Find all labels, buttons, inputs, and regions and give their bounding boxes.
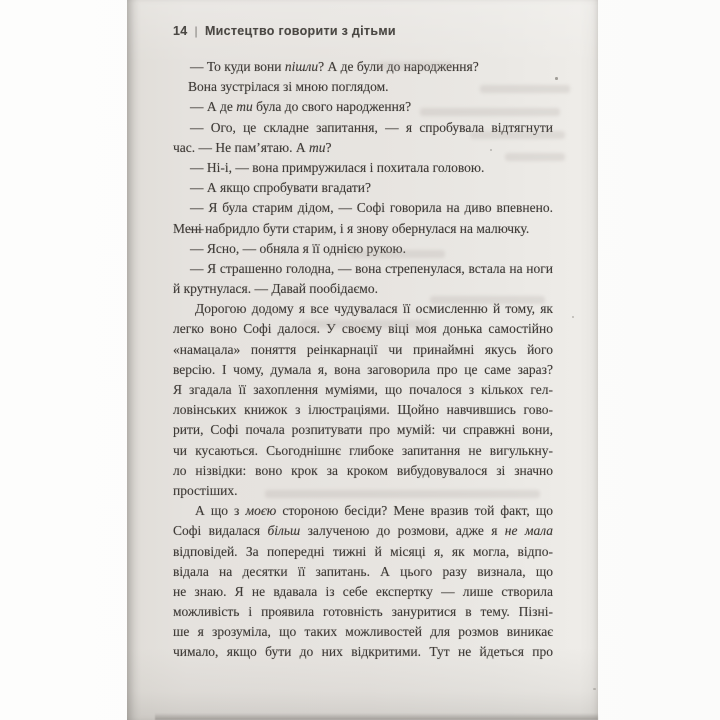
text-line: — А якщо спробувати вгадати? [173,178,553,198]
text-line: можливість і проявила готовність занурит… [173,602,553,622]
text-segment: стороною бесіди? Мене вразив той факт, щ… [276,503,553,518]
text-segment: ло нізвідки: воно крок за кроком вибудов… [173,463,553,478]
showthrough-mark [378,62,453,70]
emphasized-text: моєю [245,503,276,518]
showthrough-mark [300,320,430,328]
text-line: — Я страшенно голодна, — вона стрепенула… [173,259,553,279]
text-segment: — Я страшенно голодна, — вона стрепенула… [190,261,553,276]
text-segment: Мені набридло бути старим, і я знову обе… [173,221,529,236]
text-segment: простіших. [173,483,237,498]
text-segment: ловінських книжок з ілюстраціями. Щойно … [173,402,553,417]
showthrough-mark [505,153,565,161]
text-line: чи кусаються. Сьогоднішнє глибоке запита… [173,441,553,461]
page-header: 14 | Мистецтво говорити з дітьми [173,24,396,38]
text-line: версію. І чому, думала я, вона заговорил… [173,360,553,380]
text-segment: рити, Софі почала розпитувати про мумій:… [173,422,553,437]
book-page: 14 | Мистецтво говорити з дітьми — То ку… [127,0,598,720]
text-segment: чи кусаються. Сьогоднішнє глибоке запита… [173,443,553,458]
text-segment: ше я зрозуміла, що таких можливостей для… [173,624,553,639]
text-segment: відповідей. За попередні тижні й місяці … [173,544,553,559]
text-segment: — Ні-і, — вона примружилася і похитала г… [190,160,484,175]
header-separator: | [195,24,198,38]
text-line: Я згадала її захоплення муміями, що поча… [173,380,553,400]
showthrough-mark [350,250,445,258]
emphasized-text: більш [267,523,300,538]
text-segment: А що з [195,503,245,518]
text-segment: Я згадала її захоплення муміями, що поча… [173,382,553,397]
text-line: — То куди вони пішли? А де були до народ… [173,57,553,77]
showthrough-mark [470,131,565,139]
text-segment: не знаю. Я не вдавала із себе експертку … [173,584,553,599]
dust-speck [555,77,558,80]
text-line: чимало, якщо бути до них відкритими. Тут… [173,642,553,662]
text-line: не знаю. Я не вдавала із себе експертку … [173,582,553,602]
text-segment: залученою до розмови, адже я [300,523,505,538]
text-segment: — То куди вони [190,59,285,74]
emphasized-text: ти [236,99,253,114]
chapter-running-title: Мистецтво говорити з дітьми [205,24,396,38]
text-line: Мені набридло бути старим, і я знову обе… [173,219,553,239]
text-line: А що з моєю стороною бесіди? Мене вразив… [173,501,553,521]
text-line: відала на десятки її запитань. А цього р… [173,562,553,582]
book-photo: 14 | Мистецтво говорити з дітьми — То ку… [0,0,720,720]
text-line: — Ні-і, — вона примружилася і похитала г… [173,158,553,178]
text-segment: ? [326,140,332,155]
emphasized-text: ти [309,140,326,155]
text-segment: — А де [190,99,236,114]
text-line: ше я зрозуміла, що таких можливостей для… [173,622,553,642]
showthrough-mark [480,85,570,93]
dust-speck [572,316,574,318]
text-segment: час. — Не пам’ятаю. А [173,140,309,155]
showthrough-mark [430,296,545,304]
emphasized-text: пішли [285,59,318,74]
text-line: час. — Не пам’ятаю. А ти? [173,138,553,158]
dust-speck [593,688,596,690]
showthrough-mark [265,490,540,498]
text-segment: «намацала» поняття реінкарнації чи прина… [173,342,553,357]
text-line: ло нізвідки: воно крок за кроком вибудов… [173,461,553,481]
text-line: відповідей. За попередні тижні й місяці … [173,542,553,562]
text-line: Софі видалася більш залученою до розмови… [173,521,553,541]
text-segment: Вона зустрілася зі мною поглядом. [188,79,389,94]
text-line: — Я була старим дідом, — Софі говорила н… [173,198,553,218]
text-segment: була до свого народження? [253,99,411,114]
text-segment: чимало, якщо бути до них відкритими. Тут… [173,644,553,659]
text-segment: версію. І чому, думала я, вона заговорил… [173,362,553,377]
text-line: «намацала» поняття реінкарнації чи прина… [173,340,553,360]
page-number: 14 [173,24,188,38]
text-line: рити, Софі почала розпитувати про мумій:… [173,420,553,440]
text-segment: Софі видалася [173,523,267,538]
text-segment: можливість і проявила готовність занурит… [173,604,553,619]
showthrough-mark [420,108,560,116]
dust-speck [490,149,492,151]
emphasized-text: не мала [505,523,553,538]
text-block: — То куди вони пішли? А де були до народ… [173,57,553,663]
text-line: ловінських книжок з ілюстраціями. Щойно … [173,400,553,420]
text-segment: відала на десятки її запитань. А цього р… [173,564,553,579]
text-segment: й крутнулася. — Давай пообідаємо. [173,281,378,296]
text-segment: — А якщо спробувати вгадати? [190,180,371,195]
